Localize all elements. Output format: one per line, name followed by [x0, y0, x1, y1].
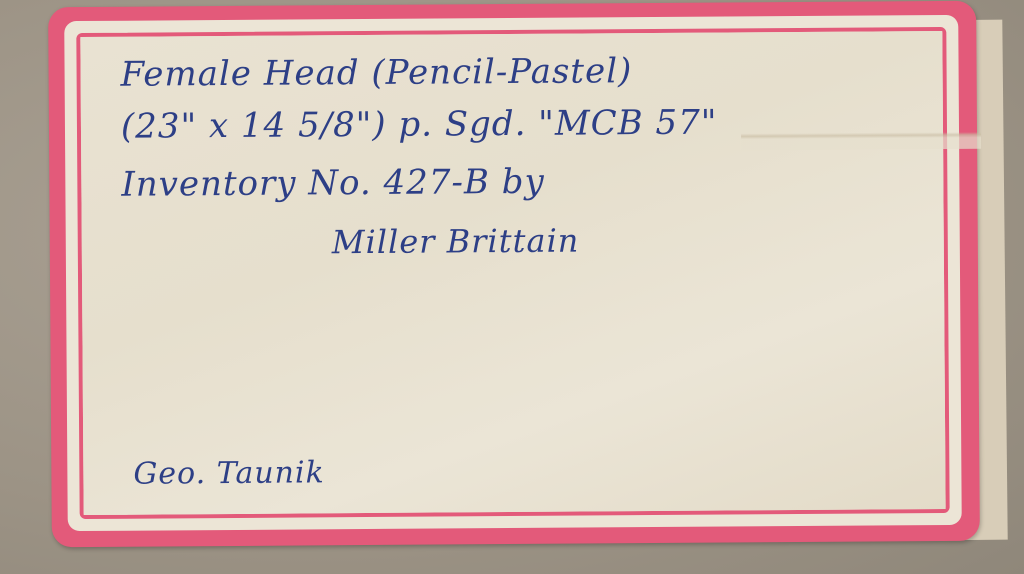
label-content: Female Head (Pencil-Pastel) (23" x 14 5/… [80, 31, 945, 515]
paper-tear [741, 121, 981, 151]
handwritten-label: Female Head (Pencil-Pastel) (23" x 14 5/… [48, 1, 980, 547]
label-paper: Female Head (Pencil-Pastel) (23" x 14 5/… [64, 15, 962, 531]
inventory-line: Inventory No. 427-B by [121, 162, 545, 205]
artist-line: Miller Brittain [332, 222, 580, 262]
title-line: Female Head (Pencil-Pastel) [120, 51, 632, 95]
dimensions-line: (23" x 14 5/8") p. Sgd. "MCB 57" [121, 103, 718, 147]
signature: Geo. Taunik [133, 455, 325, 491]
